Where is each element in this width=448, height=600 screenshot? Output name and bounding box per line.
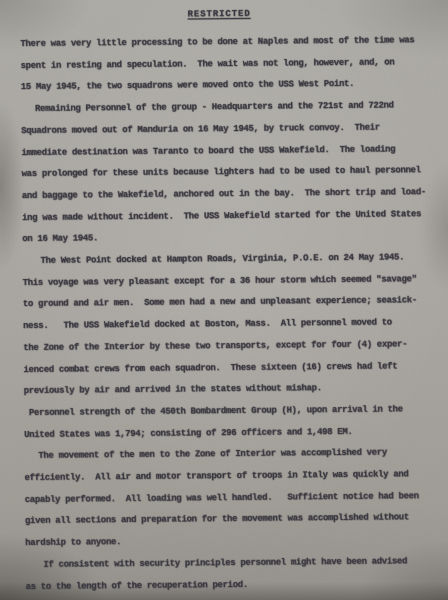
scanned-document-page: { "document": { "classification": "RESTR… — [0, 0, 448, 600]
paragraph-naples-processing: There was very little processing to be d… — [20, 30, 443, 99]
paragraph-security-note: If consistent with security principles p… — [25, 551, 447, 598]
typewritten-text-block: RESTRICTED There was very little process… — [20, 5, 448, 598]
paragraph-west-point-voyage: The West Point docked at Hampton Roads, … — [22, 247, 445, 403]
paragraph-remaining-personnel: Remaining Personnel of the group - Headq… — [21, 95, 444, 251]
paragraph-personnel-strength: Personnel strength of the 450th Bombardm… — [24, 399, 446, 446]
document-body: There was very little processing to be d… — [20, 30, 447, 598]
classification-header: RESTRICTED — [8, 5, 430, 23]
paragraph-movement-efficiency: The movement of the men to the Zone of I… — [24, 442, 447, 555]
